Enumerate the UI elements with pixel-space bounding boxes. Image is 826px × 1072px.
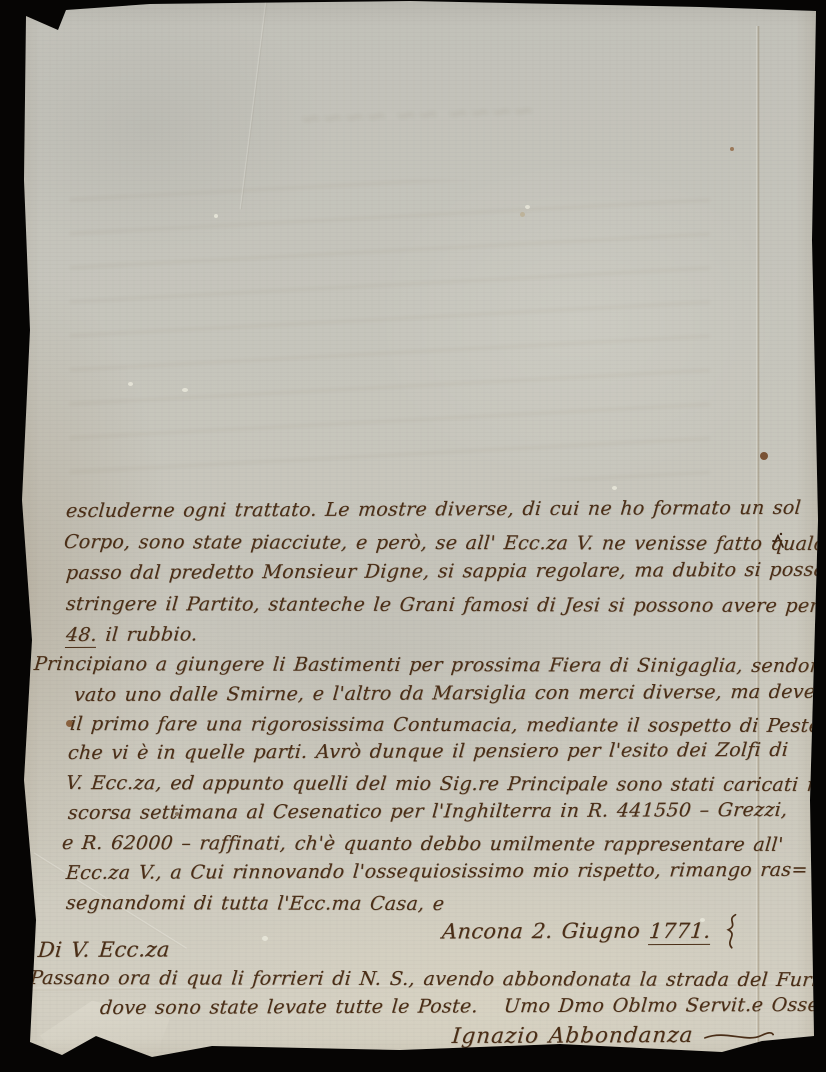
letter-line: Ecc.za V., a Cui rinnovando l'ossequiosi… (65, 859, 809, 884)
letter-line: Corpo, sono state piacciute, e però, se … (63, 531, 826, 555)
salutation: Di V. Ecc.za (37, 937, 171, 962)
postscript-line-2: dove sono state levate tutte le Poste. (99, 995, 479, 1019)
letter-line: Principiano a giungere li Bastimenti per… (33, 653, 826, 677)
ink-speck (730, 147, 734, 151)
bleedthrough-text: ~​~~~ ~~ ~~~~ (300, 96, 535, 134)
dateline: Ancona 2. Giugno 1771. (440, 913, 743, 952)
underlined-number: 48. (65, 624, 98, 648)
dateline-place: Ancona 2. Giugno (441, 919, 650, 944)
scanned-letter-page: ~​~~~ ~~ ~~~~ escluderne ogni trattato. … (0, 0, 826, 1072)
stain-speck (520, 212, 525, 217)
letter-line: scorsa settimana al Cesenatico per l'Ing… (67, 799, 788, 824)
postscript-closing-line: dove sono state levate tutte le Poste.Um… (99, 994, 826, 1019)
bleedthrough-block (70, 180, 710, 480)
underlined-year: 1771. (648, 918, 712, 944)
line-rest: il rubbio. (96, 623, 198, 645)
date-flourish-icon (718, 913, 743, 951)
letter-line: V. Ecc.za, ed appunto quelli del mio Sig… (65, 772, 826, 796)
paper-sheet: ~​~~~ ~~ ~~~~ escluderne ogni trattato. … (0, 0, 826, 1072)
letter-line: e R. 62000 – raffinati, ch'è quanto debb… (61, 832, 784, 856)
letter-line: passo dal predetto Monsieur Digne, si sa… (65, 559, 826, 584)
signature-flourish-icon (703, 1028, 776, 1044)
letter-line: 48. il rubbio. (65, 623, 198, 646)
letter-line: il primo fare una rigorosissima Contumac… (69, 713, 826, 737)
closing-formula: Umo Dmo Oblmo Servit.e Ossequios. (503, 994, 826, 1018)
letter-line: stringere il Partito, stanteche le Grani… (65, 593, 826, 617)
letter-line: escluderne ogni trattato. Le mostre dive… (65, 497, 802, 522)
signature-name: Ignazio Abbondanza (451, 1023, 694, 1049)
top-crease (239, 1, 268, 210)
letter-line: vato uno dalle Smirne, e l'altro da Mars… (73, 681, 816, 706)
ink-spot (760, 452, 768, 460)
signature: Ignazio Abbondanza (451, 1023, 776, 1049)
postscript-line: Passano ora di qua li forrieri di N. S.,… (29, 967, 826, 991)
letter-line: segnandomi di tutta l'Ecc.ma Casa, e (65, 892, 445, 915)
letter-line: che vi è in quelle parti. Avrò dunque il… (67, 739, 789, 764)
